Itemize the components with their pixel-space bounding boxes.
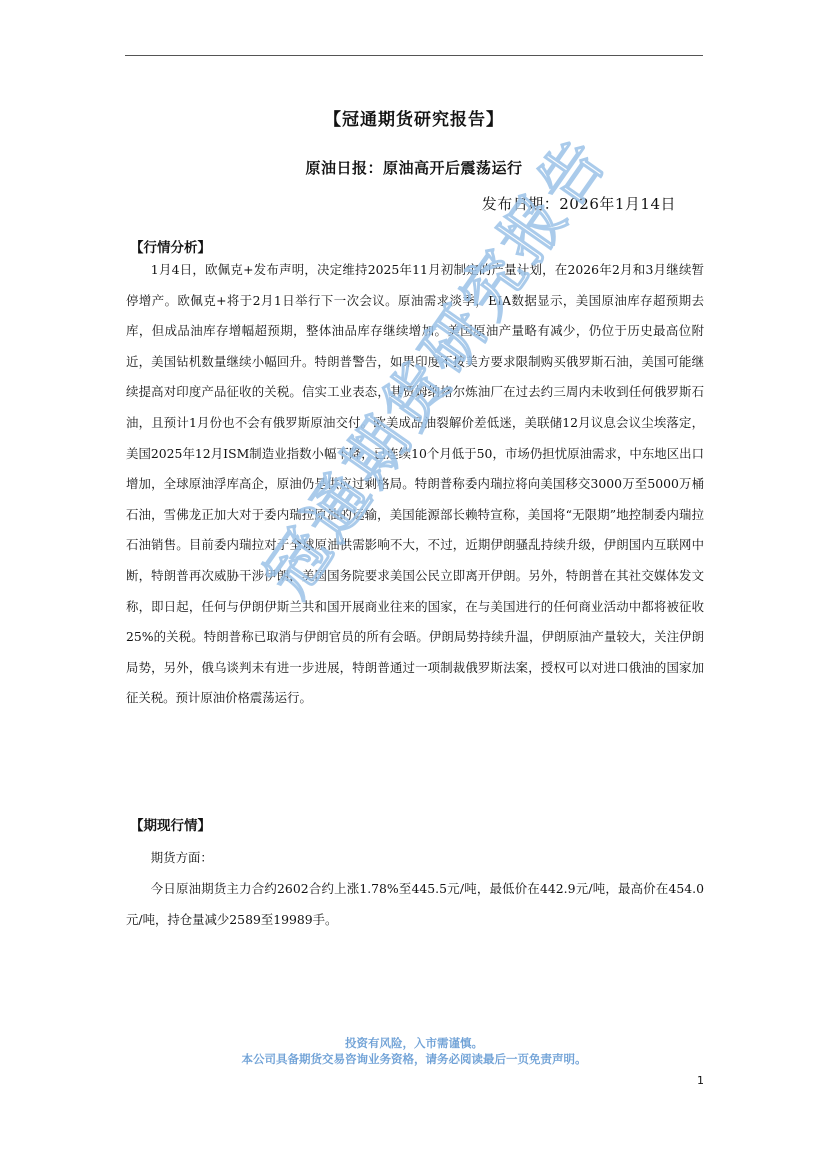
publish-date: 发布日期：2026年1月14日 <box>482 193 676 214</box>
analysis-paragraph: 1月4日，欧佩克+发布声明，决定维持2025年11月初制定的产量计划，在2026… <box>126 255 704 714</box>
section-heading-market: 【期现行情】 <box>130 814 211 834</box>
futures-label: 期货方面： <box>126 843 704 874</box>
page-number: 1 <box>697 1074 704 1087</box>
report-title: 【冠通期货研究报告】 <box>0 105 828 130</box>
header-rule <box>125 55 703 56</box>
qualification-disclaimer: 本公司具备期货交易咨询业务资格，请务必阅读最后一页免责声明。 <box>0 1052 828 1066</box>
risk-disclaimer: 投资有风险，入市需谨慎。 <box>0 1036 828 1050</box>
report-subtitle: 原油日报：原油高开后震荡运行 <box>0 157 828 178</box>
futures-paragraph: 今日原油期货主力合约2602合约上涨1.78%至445.5元/吨，最低价在442… <box>126 874 704 935</box>
section-heading-analysis: 【行情分析】 <box>130 236 211 256</box>
